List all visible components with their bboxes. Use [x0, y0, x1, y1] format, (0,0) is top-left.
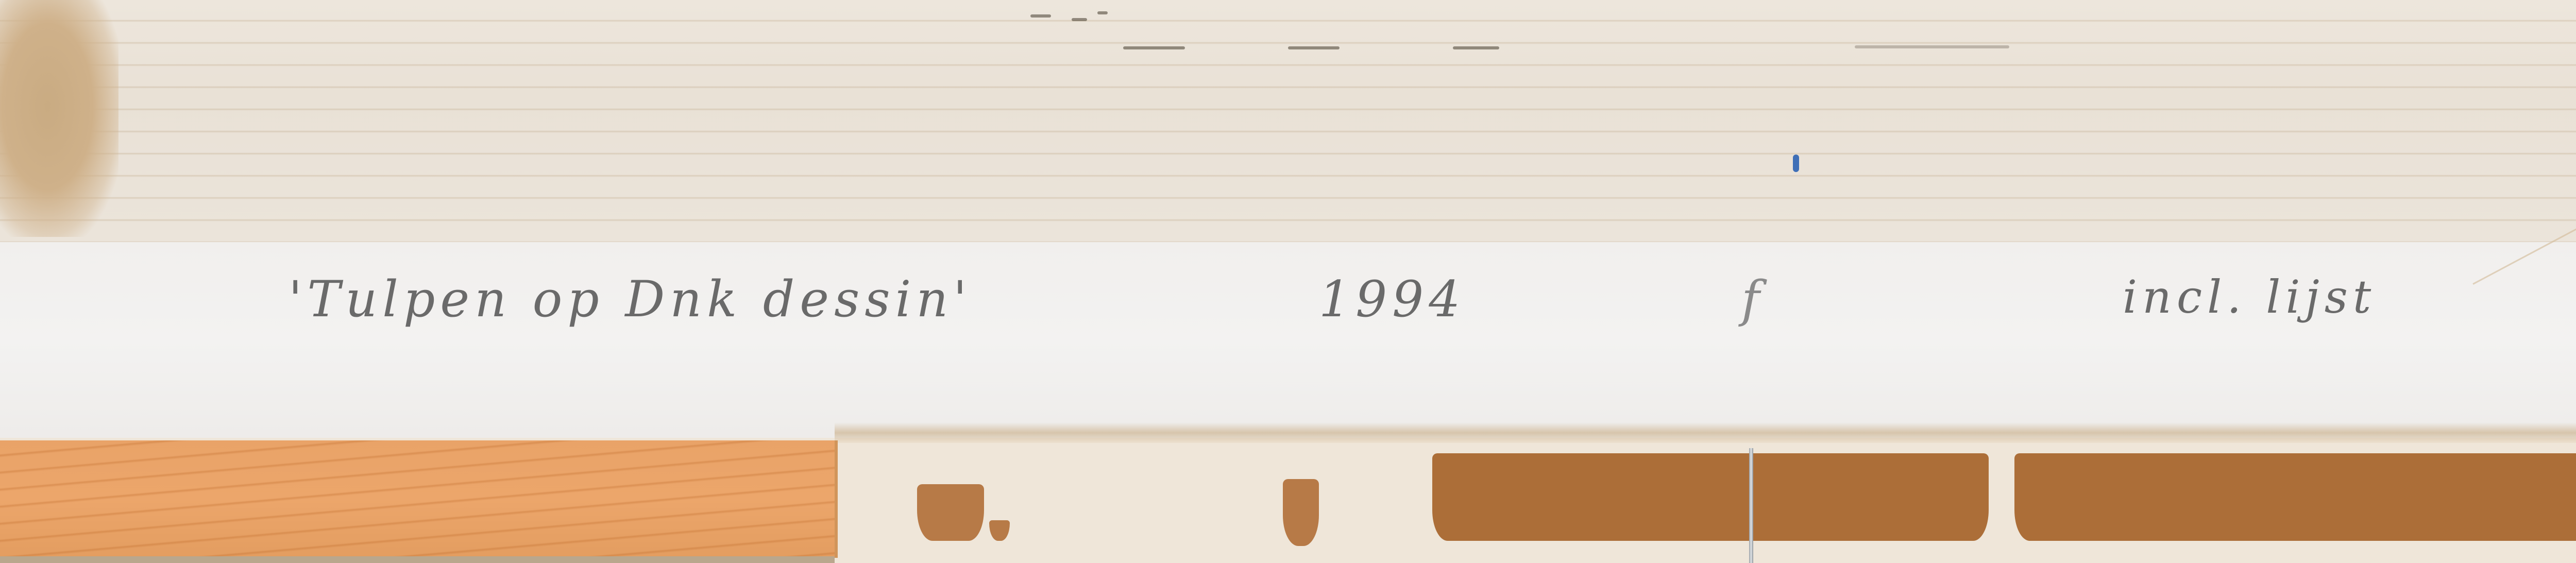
- inscription-title: 'Tulpen op Dnk dessin': [289, 270, 972, 328]
- glue-stain: [1432, 453, 1989, 541]
- ink-streak: [1072, 18, 1087, 21]
- wooden-frame-rail: [0, 440, 838, 558]
- ink-streak: [1123, 46, 1185, 49]
- ink-streak: [1097, 11, 1108, 14]
- left-tan-stain: [0, 0, 118, 237]
- frame-rail-bottom-edge: [0, 556, 835, 563]
- artwork-back-photo: 'Tulpen op Dnk dessin' 1994 f incl. lijs…: [0, 0, 2576, 563]
- ink-streak: [1855, 45, 2009, 48]
- inscription-year: 1994: [1319, 270, 1465, 328]
- ink-streak: [1288, 46, 1340, 49]
- inscription-price-prefix: f: [1741, 270, 1765, 328]
- top-paper-band: [0, 0, 2576, 242]
- blue-ink-mark: [1793, 155, 1799, 172]
- inscription-frame-note: incl. lijst: [2123, 270, 2376, 323]
- glue-stain: [2014, 453, 2576, 541]
- glue-stain: [917, 484, 984, 541]
- hanging-wire: [1749, 448, 1753, 563]
- ink-streak: [1030, 14, 1051, 18]
- tape-residue-edge: [835, 422, 2576, 443]
- ink-streak: [1453, 46, 1499, 49]
- glue-stain: [1283, 479, 1319, 546]
